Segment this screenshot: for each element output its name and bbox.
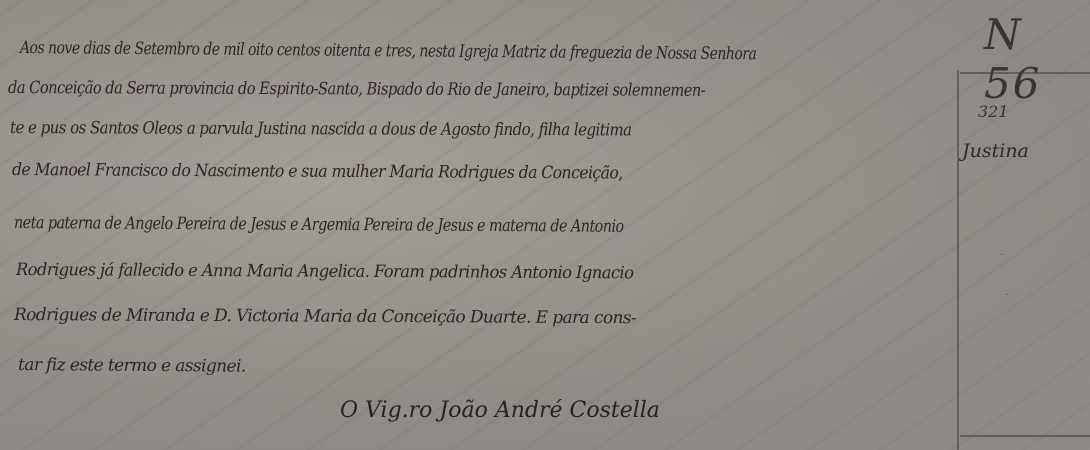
margin-record-number: 321 (978, 102, 1009, 121)
text-line-4: de Manoel Francisco do Nascimento e sua … (12, 160, 623, 183)
text-line-2: da Conceição da Serra provincia do Espir… (8, 78, 705, 101)
margin-rule-bottom (960, 435, 1090, 437)
margin-baptized-name: Justina (962, 140, 1029, 162)
margin-column-rule (957, 70, 959, 450)
text-line-1: Aos nove dias de Setembro de mil oito ce… (20, 38, 756, 64)
text-line-7: Rodrigues de Miranda e D. Victoria Maria… (14, 305, 636, 328)
priest-signature: O Vig.ro João André Costella (340, 398, 660, 423)
text-line-8: tar fiz este termo e assignei. (18, 355, 246, 377)
margin-dot: · (1005, 290, 1008, 301)
text-line-3: te e pus os Santos Oleos a parvula Justi… (10, 118, 632, 140)
entry-number: N 56 (984, 10, 1090, 108)
register-page: N 56 321 Justina · · Aos nove dias de Se… (0, 0, 1090, 450)
margin-dot: · (1000, 250, 1003, 261)
margin-rule-top (960, 72, 1090, 74)
text-line-6: Rodrigues já fallecido e Anna Maria Ange… (16, 260, 633, 283)
text-line-5: neta paterna de Angelo Pereira de Jesus … (14, 213, 624, 237)
